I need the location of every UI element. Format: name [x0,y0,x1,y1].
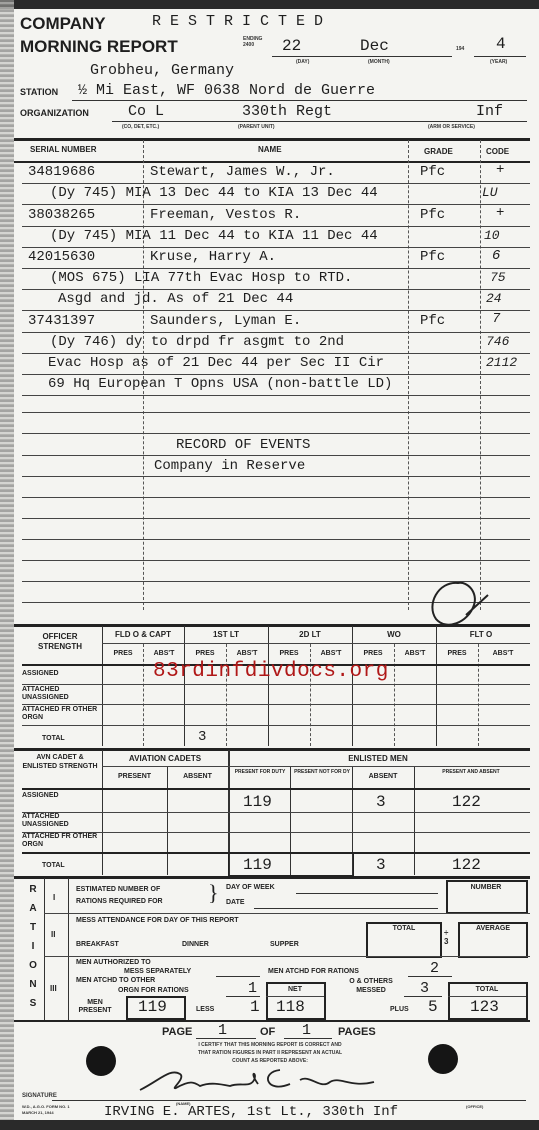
enlisted-section-rule [14,748,530,751]
section-i-label: ESTIMATED NUMBER OFRATIONS REQUIRED FOR [76,884,163,908]
o-others-value: 3 [420,980,429,997]
men-authorized-label: MEN AUTHORIZED TO [76,959,151,966]
row-rule [22,226,530,227]
row-rule [44,956,530,957]
entry-name: Freeman, Vestos R. [150,207,301,223]
row-rule [22,310,530,311]
o-others-label: O & OTHERSMESSED [336,977,406,995]
row-rule [22,497,530,498]
row-rule [22,332,530,333]
date-underline [272,56,452,57]
orgn-for-rations-label: ORGN FOR RATIONS [118,987,189,994]
col-header-serial: SERIAL NUMBER [30,145,97,154]
entry-code: 10 [484,228,500,243]
col-present-and-absent: PRESENT AND ABSENT [416,769,526,776]
row-rule [22,725,530,726]
page-label: PAGE [162,1026,192,1038]
row-label-attached-fr-other: ATTACHED FR OTHER ORGN [22,706,98,722]
year-caption: (YEAR) [490,59,507,65]
row-label-attached-unassigned: ATTACHED UNASSIGNED [22,686,98,702]
subcol-pres: PRES [438,650,476,657]
section-i-numeral: I [53,893,55,902]
entry-name: Kruse, Harry A. [150,249,276,265]
entry-serial: 34819686 [28,164,95,180]
subcol-abst: ABS'T [228,650,266,657]
row-rule [44,913,530,914]
row-rule [102,643,530,644]
assigned-absent: 3 [376,793,386,811]
org-parent: 330th Regt [242,103,332,120]
day-of-week-label: DAY OF WEEK [226,884,275,891]
row-rule [22,684,530,685]
org-caption-parent: (PARENT UNIT) [238,124,275,130]
net-value: 118 [276,998,305,1016]
signature-label: SIGNATURE [22,1093,57,1099]
row-rule [22,812,530,813]
mess-separately-label: MESS SEPARATELY [124,968,191,975]
row-rule [22,204,530,205]
men-atchd-other-value: 1 [248,980,257,997]
group-fld-o-capt: FLD O & CAPT [102,630,184,639]
col-divider [268,626,269,746]
entry-code: 24 [486,291,502,306]
officer-section-rule [14,624,530,627]
col-divider [44,878,45,1020]
col-divider [414,766,415,875]
col-header-code: CODE [486,147,509,156]
subcol-abst: ABS'T [145,650,183,657]
binder-hole-right [428,1044,458,1074]
col-divider [478,644,479,746]
entry-name: Saunders, Lyman E. [150,313,301,329]
row-rule [22,832,530,833]
entry-remark: 69 Hq European T Opns USA (non-battle LD… [48,376,392,392]
station-value: ½ Mi East, WF 0638 Nord de Guerre [78,82,375,99]
entry-serial: 37431397 [28,313,95,329]
ending-label: ENDING2400 [243,36,262,48]
row-rule [22,539,530,540]
men-atchd-rations-value: 2 [430,960,439,977]
plus-label: PLUS [390,1006,409,1013]
total-divider [448,996,526,997]
station-underline [72,100,527,101]
row-rule [22,247,530,248]
report-year: 4 [496,35,506,53]
day-caption: (DAY) [296,59,309,65]
section-ii-numeral: II [51,930,55,939]
assigned-present-and-absent: 122 [452,793,481,811]
org-underline [112,121,527,122]
classification-stamp: R E S T R I C T E D [152,13,323,30]
org-company: Co L [128,103,164,120]
net-divider [266,996,324,997]
record-of-events-title: RECORD OF EVENTS [176,437,310,453]
pages-label: PAGES [338,1026,376,1038]
section-iii-numeral: III [50,984,57,993]
men-atchd-rations-label: MEN ATCHD FOR RATIONS [268,968,359,975]
total-present-and-absent: 122 [452,856,481,874]
entry-code: 2112 [486,355,517,370]
entry-code: + [496,205,504,221]
location: Grobheu, Germany [90,62,234,79]
subcol-abst: ABS'T [312,650,350,657]
row-rule [22,353,530,354]
form-title-line1: COMPANY [20,14,106,34]
watermark: 83rdinfdivdocs.org [153,660,389,683]
subcol-pres: PRES [270,650,308,657]
col-divider [102,626,103,746]
row-label-attached-unassigned: ATTACHED UNASSIGNED [22,813,98,829]
row-rule [22,704,530,705]
scan-border-top [0,0,539,9]
assigned-present-for-duty: 119 [243,793,272,811]
total-absent: 3 [376,856,386,874]
group-1st-lt: 1ST LT [184,630,268,639]
col-divider [167,766,168,875]
entry-remark: (Dy 745) MIA 13 Dec 44 to KIA 13 Dec 44 [50,185,378,201]
col-present-not-for-duty: PRESENT NOT FOR DY [292,769,352,776]
year-prefix: 194 [456,46,464,52]
group-2d-lt: 2D LT [268,630,352,639]
mess-attendance-title: MESS ATTENDANCE FOR DAY OF THIS REPORT [76,917,239,924]
entry-name: Stewart, James W., Jr. [150,164,335,180]
rations-section-rule [14,876,530,879]
handwritten-signature-icon [130,1060,390,1100]
subcol-abst: ABS'T [396,650,434,657]
row-rule [22,433,530,434]
rations-side-label: RATIONS [27,880,39,1013]
row-rule [22,268,530,269]
row-label-attached-fr-other: ATTACHED FR OTHER ORGN [22,833,98,849]
report-month: Dec [360,37,389,55]
row-rule [22,412,530,413]
o-others-underline [404,996,442,997]
breakfast-label: BREAKFAST [76,941,119,948]
date-label: DATE [226,899,245,906]
row-label-assigned: ASSIGNED [22,792,59,799]
col-divider [184,626,185,746]
page-number-underline [196,1038,256,1039]
average-label: AVERAGE [458,925,528,932]
men-atchd-other-label: MEN ATCHD TO OTHER [76,977,155,984]
entry-code: LU [482,185,498,200]
col-present: PRESENT [102,773,167,780]
entry-code: + [496,162,504,178]
subcol-pres: PRES [354,650,392,657]
mess-separately-field[interactable] [216,976,260,977]
binder-hole-left [86,1046,116,1076]
col-divider [352,626,353,746]
men-present-value: 119 [138,998,167,1016]
col-em-absent: ABSENT [352,773,414,780]
col-divider [394,644,395,746]
supper-label: SUPPER [270,941,299,948]
entry-code: 7 [492,311,500,327]
men-atchd-other-underline [226,996,260,997]
entry-grade: Pfc [420,313,445,329]
row-rule [22,183,530,184]
men-present-label: MEN PRESENT [72,999,118,1015]
page-total-underline [284,1038,332,1039]
row-label-total: TOTAL [42,862,65,869]
aviation-cadets-label: AVIATION CADETS [102,754,228,763]
less-label: LESS [196,1006,214,1013]
scan-border-left [0,0,14,1130]
row-rule [22,476,530,477]
row-label-total: TOTAL [42,735,65,742]
officer-total-1st-lt-pres: 3 [198,729,206,745]
entry-code: 6 [492,248,500,264]
plus-value: 5 [428,998,438,1016]
of-label: OF [260,1026,275,1038]
number-label: NUMBER [446,884,526,891]
col-divider [68,878,69,1020]
year-underline [474,56,526,57]
entry-remark: Asgd and jd. As of 21 Dec 44 [58,291,293,307]
form-title-line2: MORNING REPORT [20,37,178,57]
org-caption-arm: (ARM OR SERVICE) [428,124,475,130]
entry-remark: (Dy 745) MIA 11 Dec 44 to KIA 11 Dec 44 [50,228,378,244]
entry-remark: (Dy 746) dy to drpd fr asgmt to 2nd [50,334,344,350]
enlisted-men-label: ENLISTED MEN [228,754,528,763]
col-header-grade: GRADE [424,147,453,156]
row-rule [22,455,530,456]
col-absent: ABSENT [167,773,228,780]
row-rule [22,289,530,290]
total-box [228,852,354,876]
divide-by-three: ÷ 3 [444,928,452,946]
month-caption: (MONTH) [368,59,390,65]
form-note: W.D., A.G.O. FORM NO. 1MARCH 21, 1944 [22,1104,70,1116]
dinner-label: DINNER [182,941,209,948]
signer-name: IRVING E. ARTES, 1st Lt., 330th Inf [104,1104,398,1120]
entry-remark: (MOS 675) LIA 77th Evac Hosp to RTD. [50,270,352,286]
col-header-name: NAME [258,145,282,154]
row-rule [102,766,530,767]
rations-bottom-rule [14,1020,530,1022]
total-rations-label: TOTAL [448,986,526,993]
day-of-week-field[interactable] [296,893,438,894]
men-atchd-rations-underline [408,976,452,977]
header-rule [14,161,530,163]
group-flt-o: FLT O [436,630,526,639]
less-value: 1 [250,998,260,1016]
total-rations-value: 123 [470,998,499,1016]
org-arm: Inf [476,103,503,120]
entry-serial: 42015630 [28,249,95,265]
row-label-assigned: ASSIGNED [22,670,59,677]
entry-code: 75 [490,270,506,285]
report-day: 22 [282,37,301,55]
officer-strength-title: OFFICER STRENGTH [22,632,98,652]
table-top-rule [14,138,530,141]
subcol-abst: ABS'T [480,650,526,657]
signature-line [52,1100,526,1101]
entry-serial: 38038265 [28,207,95,223]
entry-code: 746 [486,334,509,349]
row-rule [22,788,530,790]
col-divider [436,626,437,746]
brace-icon: } [208,880,219,906]
page-number: 1 [218,1022,227,1039]
office-caption: (OFFICE) [466,1104,483,1109]
mess-total-label: TOTAL [366,925,442,932]
scan-border-bottom [0,1120,539,1130]
entry-grade: Pfc [420,249,445,265]
entry-remark: Evac Hosp as of 21 Dec 44 per Sec II Cir [48,355,384,371]
entry-grade: Pfc [420,207,445,223]
group-wo: WO [352,630,436,639]
record-of-events-text: Company in Reserve [154,458,305,474]
enlisted-strength-title: AVN CADET & ENLISTED STRENGTH [22,753,98,771]
station-label: STATION [20,87,58,97]
row-rule [22,560,530,561]
org-caption-company: (CO, DET, ETC.) [122,124,159,130]
subcol-pres: PRES [186,650,224,657]
col-present-for-duty: PRESENT FOR DUTY [230,769,290,776]
row-rule [22,374,530,375]
entry-grade: Pfc [420,164,445,180]
col-divider [143,644,144,746]
row-rule [22,518,530,519]
date-field[interactable] [254,908,438,909]
subcol-pres: PRES [104,650,142,657]
row-rule [22,395,530,396]
page-total: 1 [302,1022,311,1039]
net-label: NET [266,986,324,993]
organization-label: ORGANIZATION [20,108,89,118]
